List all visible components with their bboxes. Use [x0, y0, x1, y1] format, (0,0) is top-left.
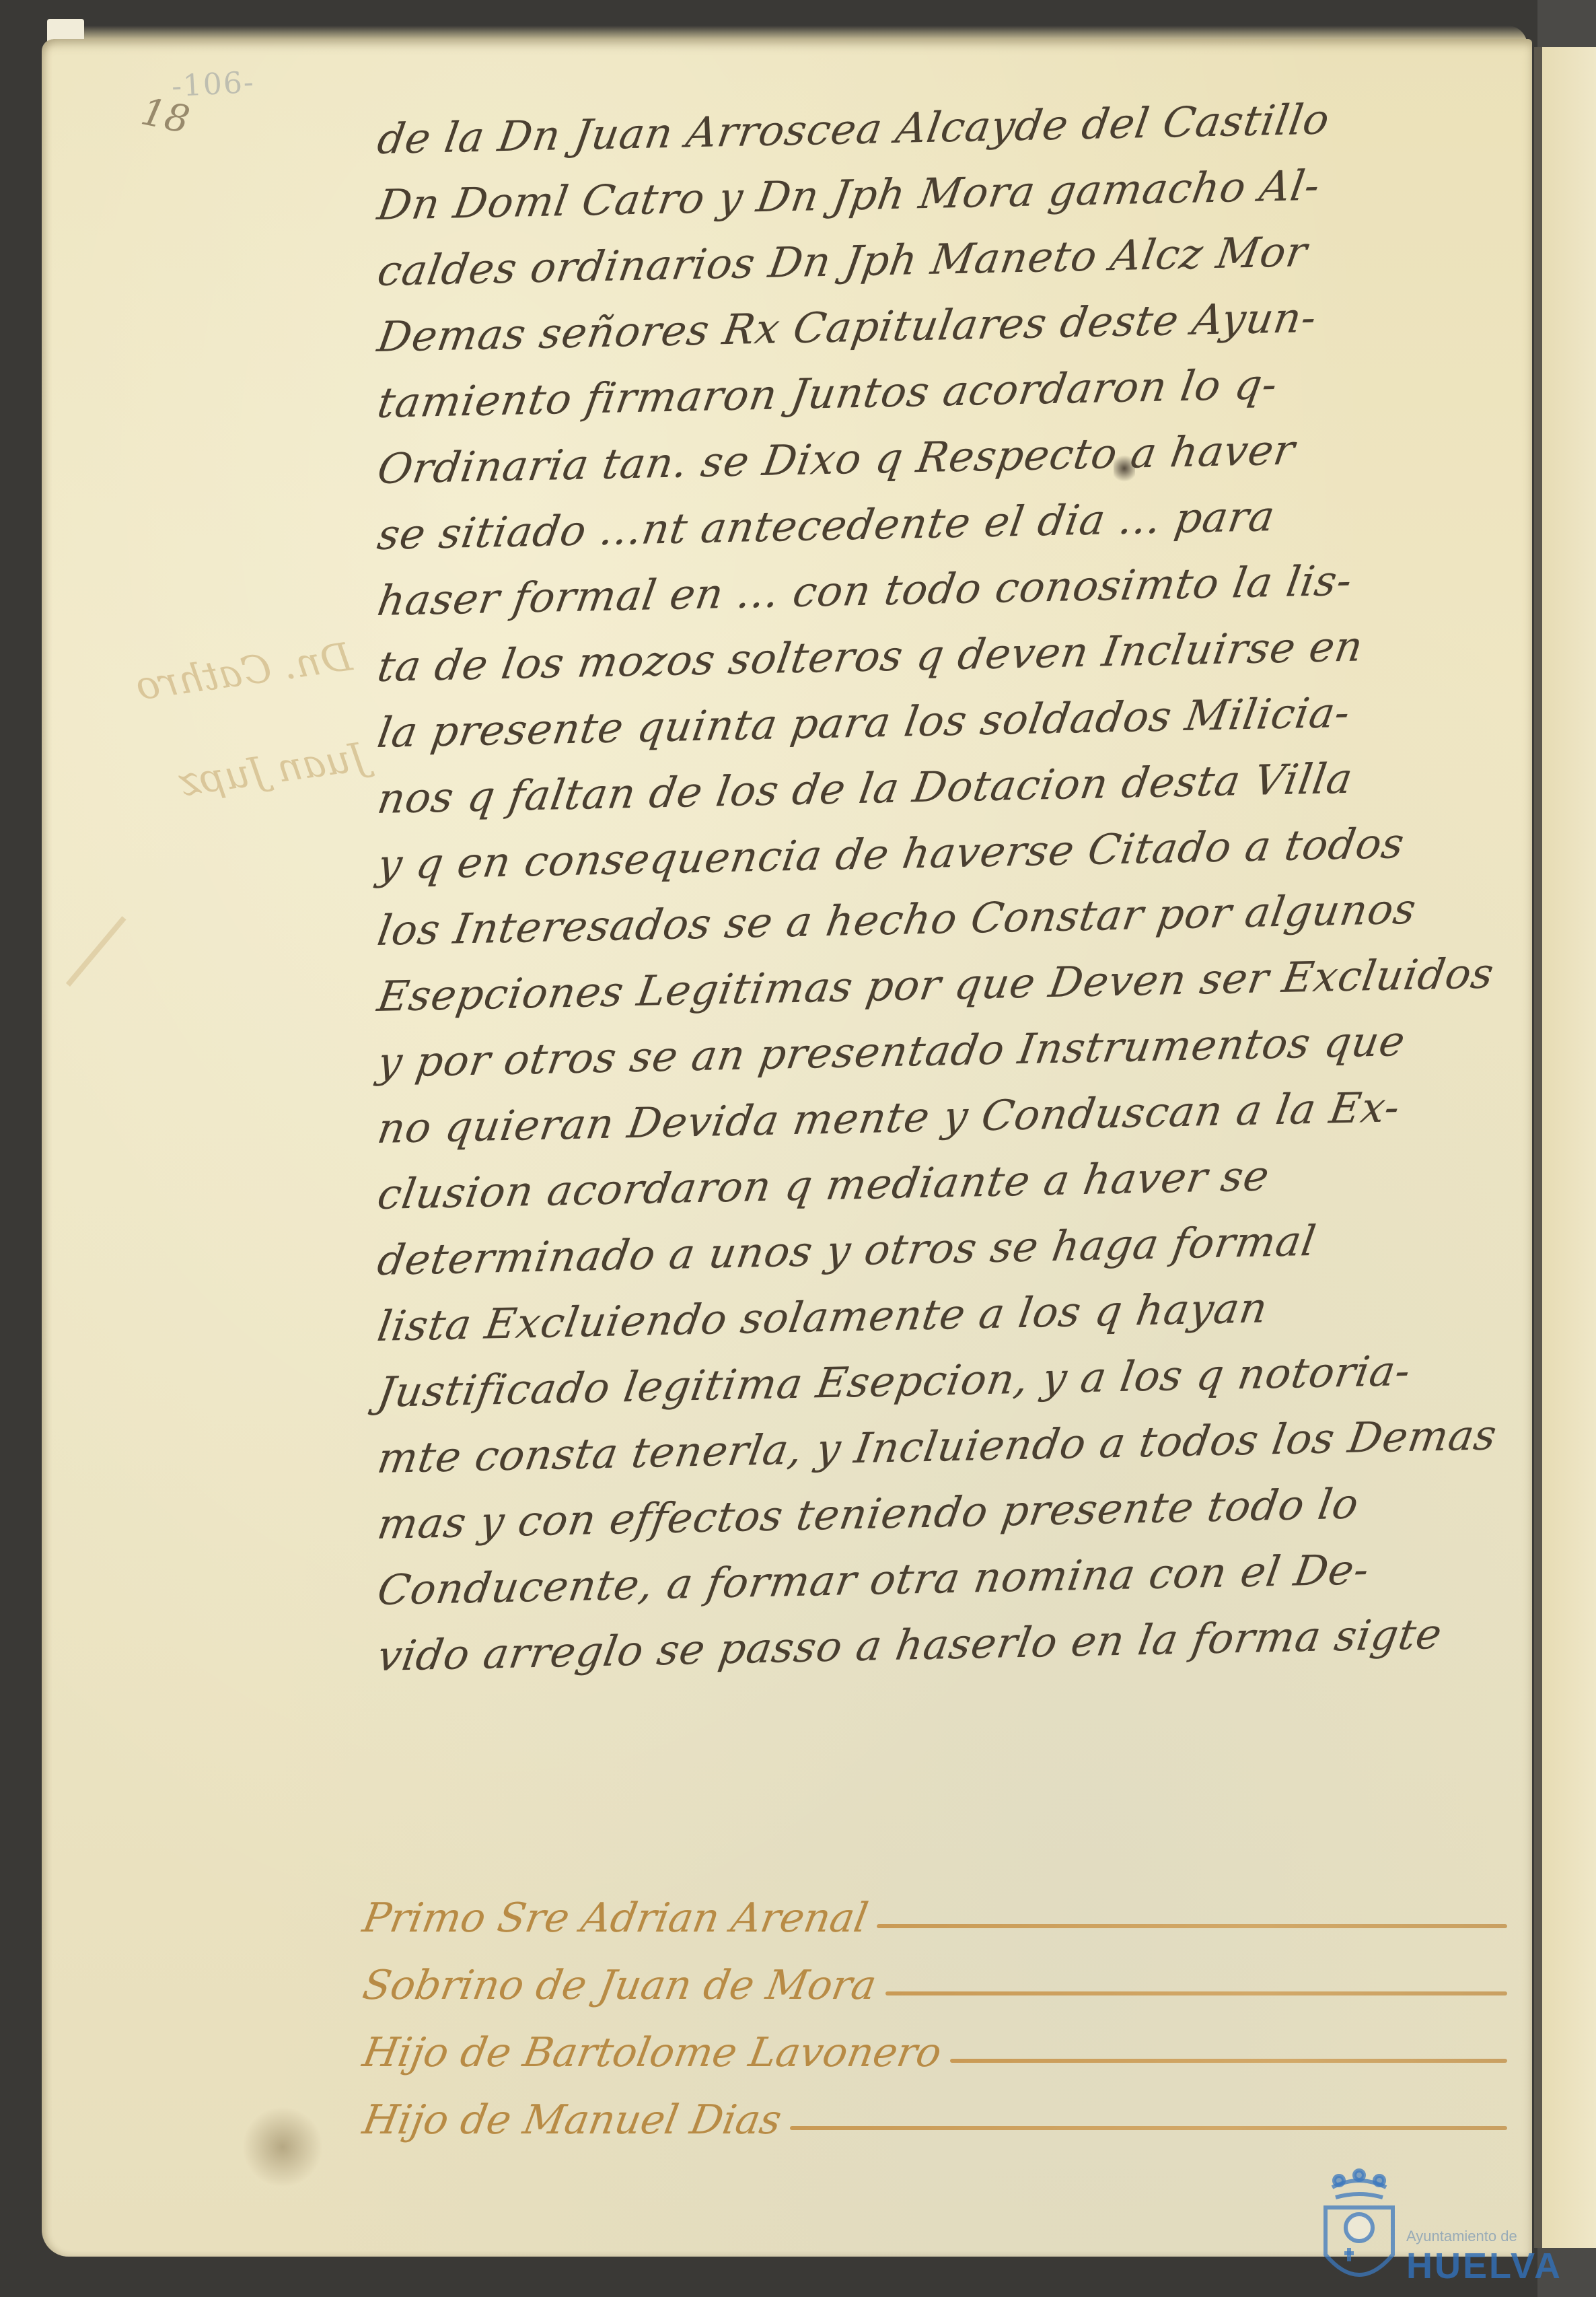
list-rule	[885, 1991, 1507, 1995]
adjacent-page-edge	[1542, 47, 1596, 2248]
list-item: Sobrino de Juan de Mora	[363, 1952, 1507, 2019]
list-item-name: Hijo de Bartolome Lavonero	[359, 2029, 945, 2076]
watermark-line1: Ayuntamiento de	[1406, 2228, 1517, 2245]
list-rule	[790, 2126, 1507, 2130]
list-item-name: Primo Sre Adrian Arenal	[359, 1895, 871, 1942]
bleed-through-text: Dn. Cathro Juan Jupz	[51, 606, 372, 847]
coat-of-arms-icon	[1319, 2160, 1400, 2295]
paper-stain	[242, 2107, 323, 2187]
list-item-name: Hijo de Manuel Dias	[359, 2096, 785, 2144]
watermark-line2: HUELVA	[1406, 2245, 1562, 2287]
list-item: Hijo de Manuel Dias	[363, 2086, 1507, 2154]
list-item: Hijo de Bartolome Lavonero	[363, 2019, 1507, 2086]
archive-watermark: Ayuntamiento de HUELVA	[1319, 2160, 1588, 2295]
list-item: Primo Sre Adrian Arenal	[363, 1884, 1507, 1952]
binding-gutter	[1534, 47, 1542, 2248]
list-rule	[950, 2059, 1507, 2063]
list-item-name: Sobrino de Juan de Mora	[359, 1962, 880, 2009]
manuscript-body: de la Dn Juan Arroscea Alcayde del Casti…	[377, 114, 1514, 1697]
list-rule	[877, 1924, 1507, 1928]
conscript-list: Primo Sre Adrian Arenal Sobrino de Juan …	[363, 1884, 1507, 2154]
